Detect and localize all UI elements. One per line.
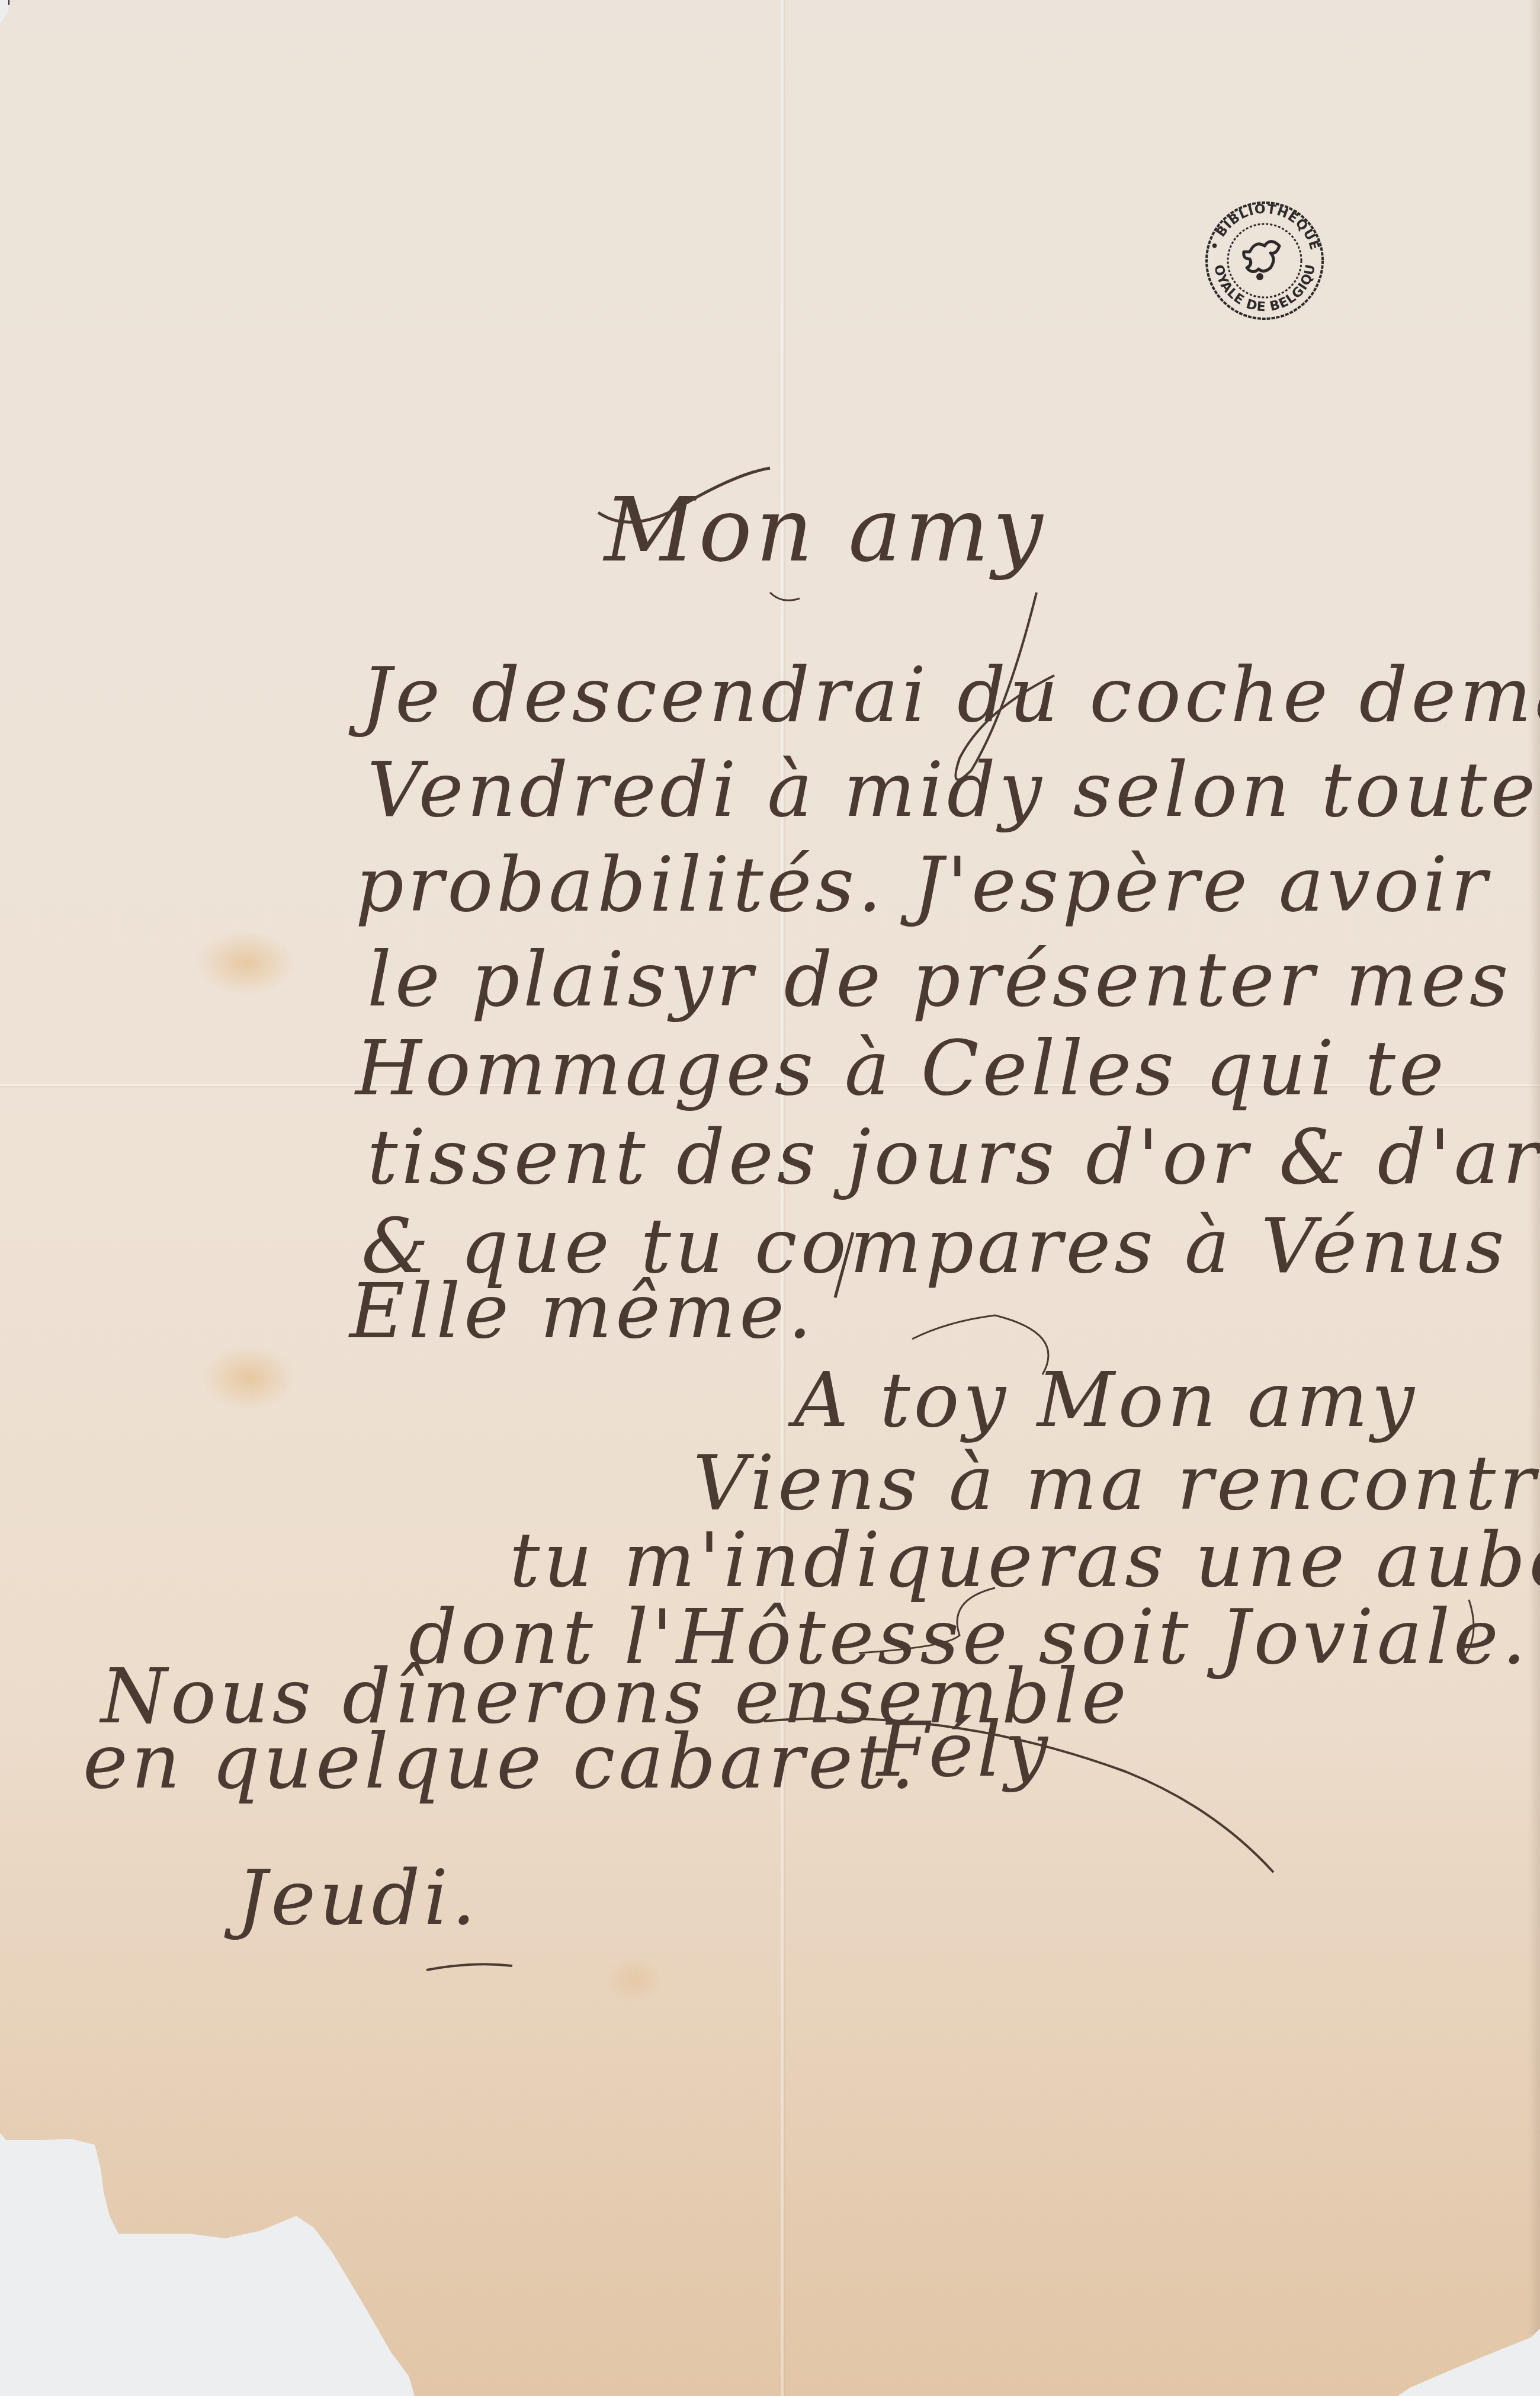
- letter-line: Hommages à Celles qui te: [355, 1031, 1448, 1107]
- date-line: Jeudi.: [237, 1860, 479, 1936]
- foxing-stain: [604, 1955, 663, 2003]
- lion-stamp-icon: • BIBLIOTHÈQUE ROYALE DE BELGIQUE: [1202, 198, 1327, 323]
- letter-line: probabilités. J'espère avoir: [355, 847, 1491, 923]
- library-stamp: • BIBLIOTHÈQUE ROYALE DE BELGIQUE: [1202, 198, 1327, 323]
- signature: Fély: [877, 1712, 1051, 1788]
- letter-line: Je descendrai du coche demain: [361, 658, 1540, 733]
- letter-line: Elle même.: [349, 1274, 816, 1350]
- letter-line: Vendredi à midy selon toutes: [367, 752, 1540, 828]
- closing-line: A toy Mon amy: [794, 1363, 1418, 1439]
- letter-line: tu m'indiqueras une auberge: [509, 1523, 1540, 1599]
- letter-line: en quelque cabaret.: [83, 1724, 918, 1800]
- document-scan: • BIBLIOTHÈQUE ROYALE DE BELGIQUE Mon am…: [0, 0, 1540, 2396]
- letter-paper: • BIBLIOTHÈQUE ROYALE DE BELGIQUE Mon am…: [0, 0, 1540, 2396]
- scan-corner: [0, 0, 9, 5]
- letter-line: le plaisyr de présenter mes: [367, 942, 1512, 1018]
- foxing-stain: [195, 930, 296, 995]
- foxing-stain: [201, 1345, 296, 1410]
- letter-line: Viens à ma rencontre: [693, 1446, 1540, 1521]
- salutation: Mon amy: [604, 486, 1047, 575]
- letter-line: tissent des jours d'or & d'argent: [367, 1120, 1540, 1196]
